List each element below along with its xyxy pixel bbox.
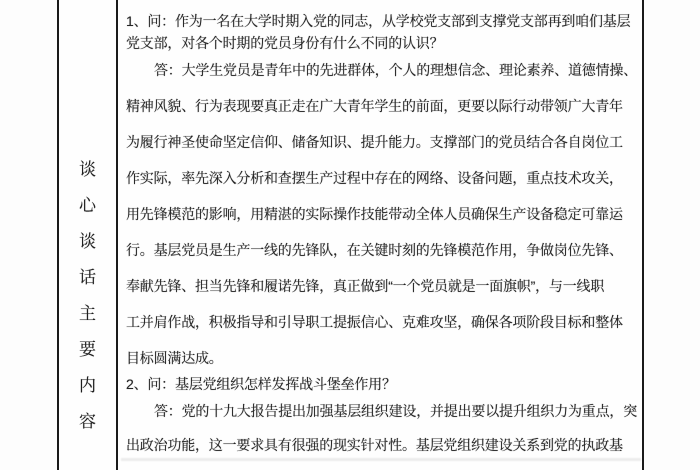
text-line: 出政治功能，这一要求具有很强的现实针对性。基层党组织建设关系到党的执政基 (126, 428, 639, 462)
text-line: 2、问：基层党组织怎样发挥战斗堡垒作用？ (126, 373, 639, 395)
text-line: 1、问：作为一名在大学时期入党的同志，从学校党支部到支撑党支部再到咱们基层 (126, 10, 639, 32)
text-line: 用先锋模范的影响，用精湛的实际操作技能带动全体人员确保生产设备稳定可靠运 (126, 196, 639, 232)
text-line: 奉献先锋、担当先锋和履诺先锋，真正做到“一个党员就是一面旗帜”，与一线职 (126, 268, 639, 304)
answer-1: 答：大学生党员是青年中的先进群体，个人的理想信念、理论素养、道德情操、 精神风貌… (126, 52, 639, 376)
question-1: 1、问：作为一名在大学时期入党的同志，从学校党支部到支撑党支部再到咱们基层 党支… (126, 10, 639, 54)
question-2: 2、问：基层党组织怎样发挥战斗堡垒作用？ (126, 373, 639, 395)
answer-2: 答：党的十九大报告提出加强基层组织建设，并提出要以提升组织力为重点，突 出政治功… (126, 394, 639, 462)
text-line: 党支部，对各个时期的党员身份有什么不同的认识？ (126, 32, 639, 54)
row-label-vertical-text: 谈心谈话主要内容 (78, 152, 98, 440)
row-content-cell: 1、问：作为一名在大学时期入党的同志，从学校党支部到支撑党支部再到咱们基层 党支… (118, 0, 644, 470)
text-line: 答：党的十九大报告提出加强基层组织建设，并提出要以提升组织力为重点，突 (126, 394, 639, 428)
text-line: 精神风貌、行为表现要真正走在广大青年学生的前面，更要以际行动带领广大青年 (126, 88, 639, 124)
text-line: 目标圆满达成。 (126, 340, 639, 376)
text-line: 行。基层党员是生产一线的先锋队，在关键时刻的先锋模范作用，争做岗位先锋、 (126, 232, 639, 268)
row-label-cell: 谈心谈话主要内容 (57, 0, 118, 470)
text-line: 作实际，率先深入分析和查摆生产过程中存在的网络、设备问题，重点技术攻关， (126, 160, 639, 196)
scan-artifact (121, 458, 641, 461)
text-line: 工并肩作战，积极指导和引导职工提振信心、克难攻坚，确保各项阶段目标和整体 (126, 304, 639, 340)
text-line: 答：大学生党员是青年中的先进群体，个人的理想信念、理论素养、道德情操、 (126, 52, 639, 88)
text-line: 为履行神圣使命坚定信仰、储备知识、提升能力。支撑部门的党员结合各自岗位工 (126, 124, 639, 160)
scanned-document-page: 谈心谈话主要内容 1、问：作为一名在大学时期入党的同志，从学校党支部到支撑党支部… (0, 0, 700, 470)
